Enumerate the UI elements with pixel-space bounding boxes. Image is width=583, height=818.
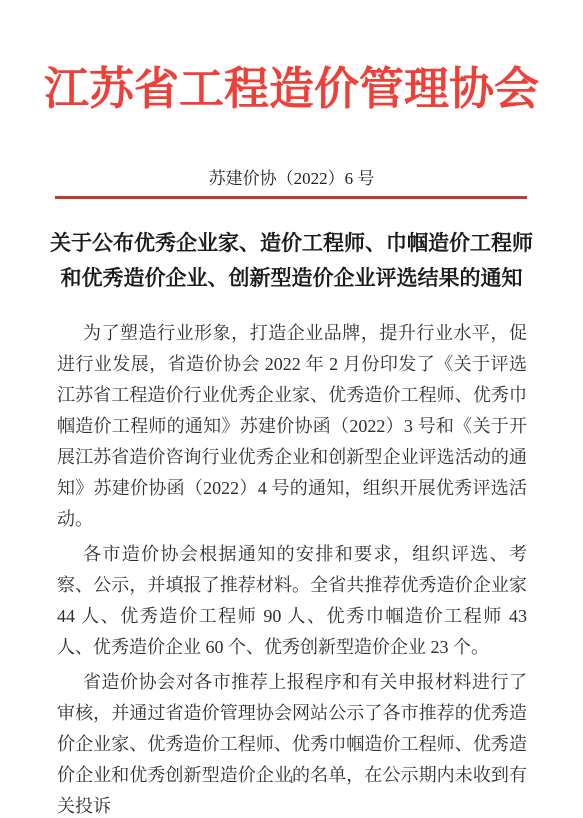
body-paragraph-3: 省造价协会对各市推荐上报程序和有关申报材料进行了审核，并通过省造价管理协会网站公… — [57, 667, 527, 818]
notice-title-line1: 关于公布优秀企业家、造价工程师、巾帼造价工程师 — [28, 226, 555, 261]
document-page: 江苏省工程造价管理协会 苏建价协（2022）6 号 关于公布优秀企业家、造价工程… — [0, 0, 583, 818]
notice-title: 关于公布优秀企业家、造价工程师、巾帼造价工程师 和优秀造价企业、创新型造价企业评… — [28, 226, 555, 296]
doc-number: 苏建价协（2022）6 号 — [0, 167, 583, 191]
org-title: 江苏省工程造价管理协会 — [0, 64, 583, 114]
body-paragraph-2: 各市造价协会根据通知的安排和要求，组织评选、考察、公示，并填报了推荐材料。全省共… — [57, 539, 527, 663]
notice-body: 为了塑造行业形象，打造企业品牌，提升行业水平，促进行业发展，省造价协会 2022… — [57, 318, 527, 818]
red-divider-rule — [55, 196, 527, 199]
page-number: 1 — [0, 772, 583, 788]
body-paragraph-1: 为了塑造行业形象，打造企业品牌，提升行业水平，促进行业发展，省造价协会 2022… — [57, 318, 527, 535]
notice-title-line2: 和优秀造价企业、创新型造价企业评选结果的通知 — [28, 261, 555, 296]
